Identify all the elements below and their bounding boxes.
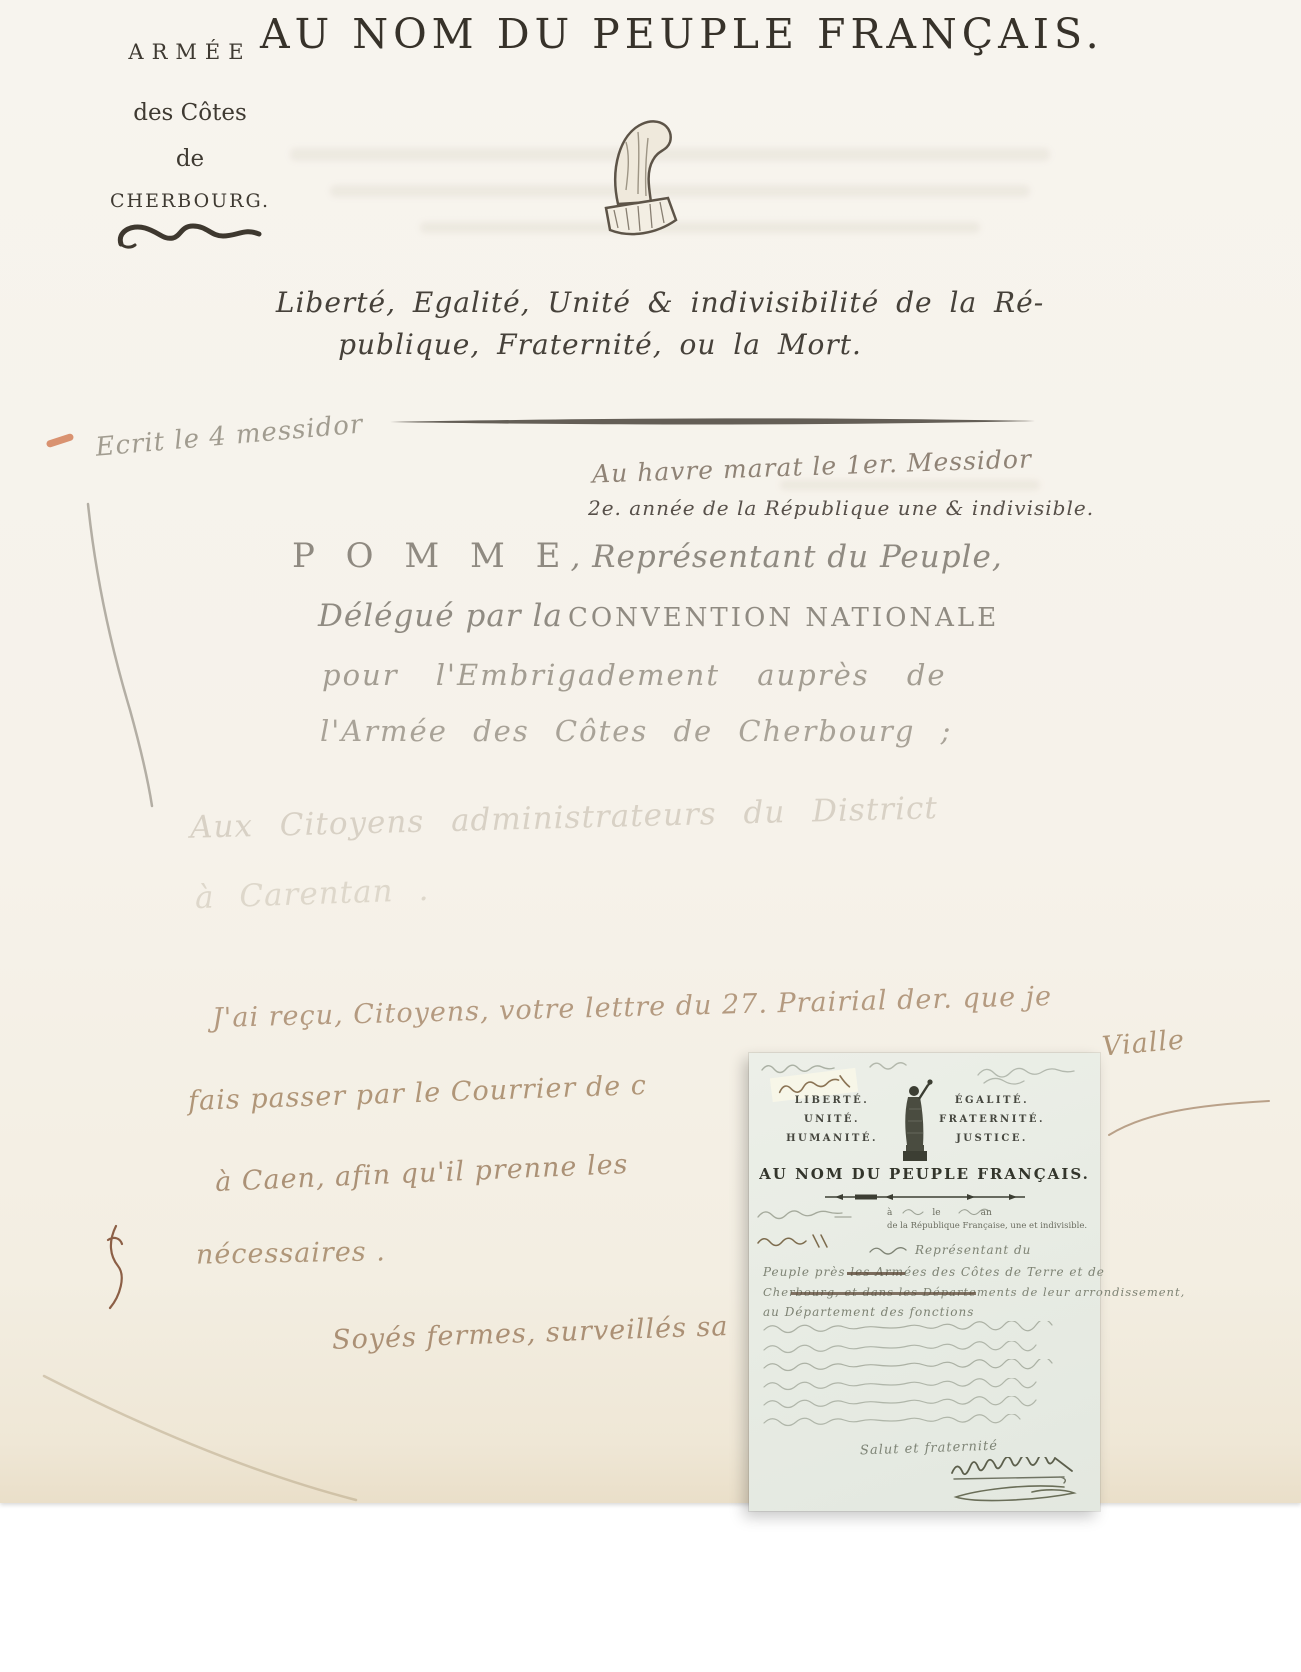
- ink-curl-mark: [100, 1222, 134, 1312]
- inset-intro-1: Représentant du: [915, 1243, 1031, 1257]
- page-title: AU NOM DU PEUPLE FRANÇAIS.: [260, 10, 1080, 58]
- inset-arrow-rule: [825, 1191, 1025, 1203]
- inset-intro-2: Peuple près les Armées des Côtes de Terr…: [763, 1265, 1105, 1279]
- letterhead-flourish-icon: [115, 218, 265, 252]
- liberty-statue-icon: [895, 1079, 935, 1165]
- inset-masthead-egalite: ÉGALITÉ.: [927, 1095, 1057, 1106]
- letterhead-cherbourg: CHERBOURG.: [95, 190, 285, 212]
- motto-line-2: publique, Fraternité, ou la Mort.: [250, 328, 950, 361]
- representative-title: , Représentant du Peuple,: [570, 539, 1002, 575]
- body-line-4: nécessaires .: [196, 1236, 386, 1270]
- commission-line-3: pour l'Embrigadement auprès de: [322, 658, 947, 692]
- inset-masthead-unite: UNITÉ.: [767, 1114, 897, 1125]
- representative-name: P O M M E: [292, 536, 570, 576]
- inset-masthead-humanite: HUMANITÉ.: [767, 1133, 897, 1144]
- bleedthrough-smudge: [780, 480, 1040, 490]
- handwriting-scribble: [974, 1057, 1094, 1087]
- strikethrough-mark: [791, 1292, 976, 1295]
- convention-nationale-text: CONVENTION NATIONALE: [568, 603, 999, 633]
- handwritten-paragraph-scribble: [761, 1396, 1057, 1410]
- strikethrough-mark: [847, 1272, 905, 1275]
- handwritten-paragraph-scribble: [761, 1359, 1061, 1373]
- inset-masthead-justice: JUSTICE.: [927, 1133, 1057, 1144]
- bleedthrough-smudge: [420, 222, 980, 233]
- handwritten-paragraph-scribble: [761, 1341, 1057, 1355]
- inset-document: LIBERTÉ. UNITÉ. HUMANITÉ. ÉGALITÉ. FRATE…: [749, 1053, 1100, 1511]
- handwritten-paragraph-scribble: [761, 1321, 1061, 1335]
- handwriting-scribble: [899, 1205, 1039, 1217]
- inset-masthead-liberte: LIBERTÉ.: [767, 1095, 897, 1106]
- scanned-letter-page: ARMÉE des Côtes de CHERBOURG. AU NOM DU …: [0, 0, 1301, 1672]
- letterhead-cotes: des Côtes: [100, 100, 280, 126]
- commission-line-1: P O M M E, Représentant du Peuple,: [292, 536, 1003, 576]
- inset-heading: AU NOM DU PEUPLE FRANÇAIS.: [749, 1165, 1100, 1183]
- letterhead-de: de: [100, 146, 280, 172]
- handwritten-paragraph-scribble: [761, 1378, 1059, 1392]
- liberty-cap-icon: [586, 112, 696, 242]
- paper-crease: [40, 1370, 360, 1505]
- letterhead-army: ARMÉE: [100, 40, 280, 64]
- handwritten-paragraph-scribble: [761, 1414, 1041, 1428]
- signature-flourish: [944, 1457, 1089, 1507]
- pen-flourish: [1105, 1095, 1275, 1145]
- inset-dateline-2: de la République Française, une et indiv…: [887, 1221, 1087, 1231]
- commission-line-4: l'Armée des Côtes de Cherbourg ;: [320, 714, 952, 748]
- handwriting-scribble: [755, 1205, 855, 1225]
- inset-masthead-fraternite: FRATERNITÉ.: [927, 1114, 1057, 1125]
- handwriting-scribble: [867, 1057, 917, 1073]
- handwriting-scribble: [867, 1243, 911, 1257]
- commission-line-2: Délégué par la CONVENTION NATIONALE: [318, 598, 999, 634]
- dateline-printed: 2e. année de la République une & indivis…: [588, 496, 1028, 520]
- handwriting-scribble: [755, 1231, 835, 1251]
- delegated-by-text: Délégué par la: [318, 598, 563, 634]
- inset-intro-4: au Département des fonctions: [763, 1305, 974, 1319]
- divider-rule: [390, 416, 1035, 428]
- motto-line-1: Liberté, Egalité, Unité & indivisibilité…: [250, 286, 1070, 319]
- margin-pen-stroke: [78, 500, 168, 810]
